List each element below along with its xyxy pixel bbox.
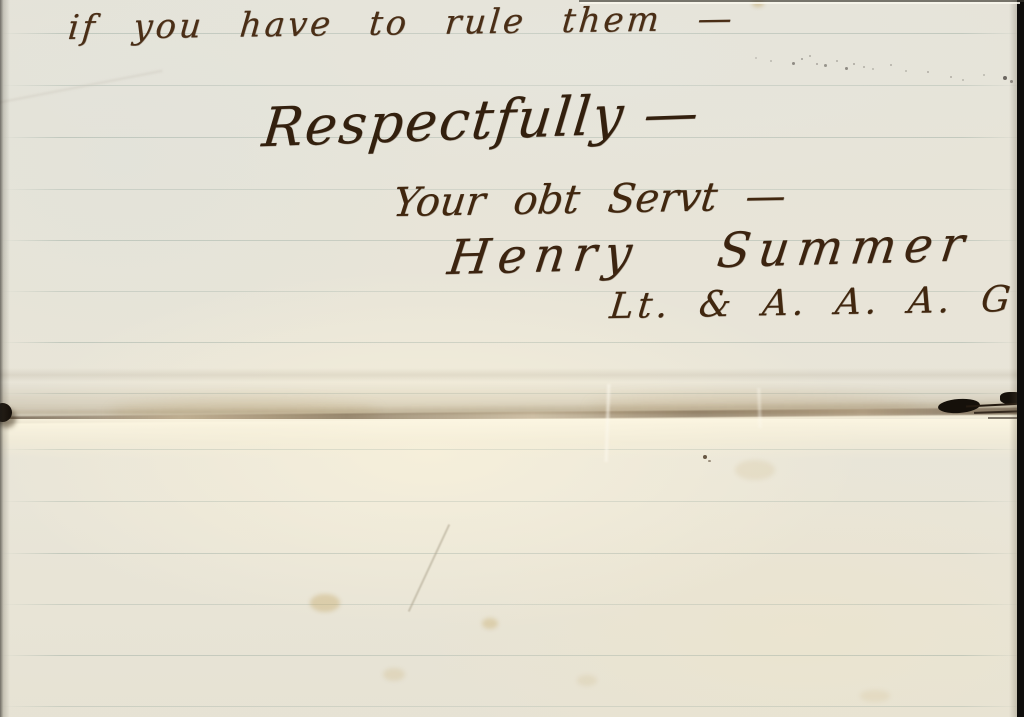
smudge-dot [905, 70, 907, 72]
fold-highlight-lower [0, 419, 1024, 459]
handwriting-signature-henry-summer: Henry Summer [445, 216, 976, 286]
stain [752, 0, 764, 7]
ruled-line [0, 393, 1024, 394]
smudge-dot [792, 62, 795, 65]
ruled-line [0, 501, 1024, 502]
vertical-crease [757, 388, 761, 428]
scan-edge-right [1017, 0, 1024, 717]
ruled-line [0, 449, 1024, 450]
fold-stain [110, 400, 380, 426]
fold-shadow-upper [0, 382, 1024, 414]
tiny-ink-mark [708, 460, 711, 462]
tiny-ink-mark [703, 455, 707, 459]
ink-streak-right [974, 410, 1024, 414]
handwriting-your-obt-servt: Your obt Servt — [390, 173, 788, 226]
ink-blot-left-edge [0, 400, 15, 424]
scan-edge-right-shadow [1009, 0, 1017, 717]
diagonal-crease-top-left [0, 70, 163, 104]
stain [577, 675, 597, 686]
ruled-line [0, 342, 1024, 343]
smudge-dot [950, 76, 952, 78]
ink-streak-right [988, 417, 1024, 419]
smudge-dot [890, 64, 892, 66]
stain [482, 618, 498, 629]
smudge-dot [845, 67, 848, 70]
stain [735, 460, 775, 480]
ruled-line [0, 85, 1024, 86]
fold-wrinkle-shadow [0, 368, 1024, 382]
smudge-dot [962, 79, 964, 81]
scratch-mark [408, 524, 450, 612]
smudge-dot [1003, 76, 1007, 80]
smudge-dot [872, 68, 874, 70]
smudge-dot [770, 60, 772, 62]
scan-edge-left [0, 0, 10, 717]
vertical-crease [605, 384, 611, 462]
smudge-dot [816, 63, 818, 65]
stain [383, 668, 405, 681]
smudge-dot [824, 64, 827, 67]
handwriting-continuation-line: if you have to rule them — [66, 0, 736, 48]
ruled-line [0, 706, 1024, 707]
ruled-line [0, 604, 1024, 605]
handwriting-respectfully: Respectfully — [259, 81, 703, 160]
stain [860, 690, 890, 702]
scanned-letter-page: if you have to rule them — Respectfully … [0, 0, 1024, 717]
smudge-dot [836, 60, 838, 62]
handwriting-rank-title: Lt. & A. A. A. G [608, 279, 1016, 327]
smudge-dot [801, 58, 803, 60]
ruled-line [0, 655, 1024, 656]
fold-crease-line [0, 407, 1024, 423]
smudge-dot [853, 63, 855, 65]
smudge-dot [983, 74, 985, 76]
smudge-dot [755, 57, 757, 59]
smudge-dot [863, 66, 865, 68]
smudge-dot [809, 55, 811, 57]
ruled-line [0, 553, 1024, 554]
fold-stain [590, 394, 920, 424]
stain [310, 594, 340, 612]
smudge-dot [927, 71, 929, 73]
smudge-dot [1010, 80, 1013, 83]
